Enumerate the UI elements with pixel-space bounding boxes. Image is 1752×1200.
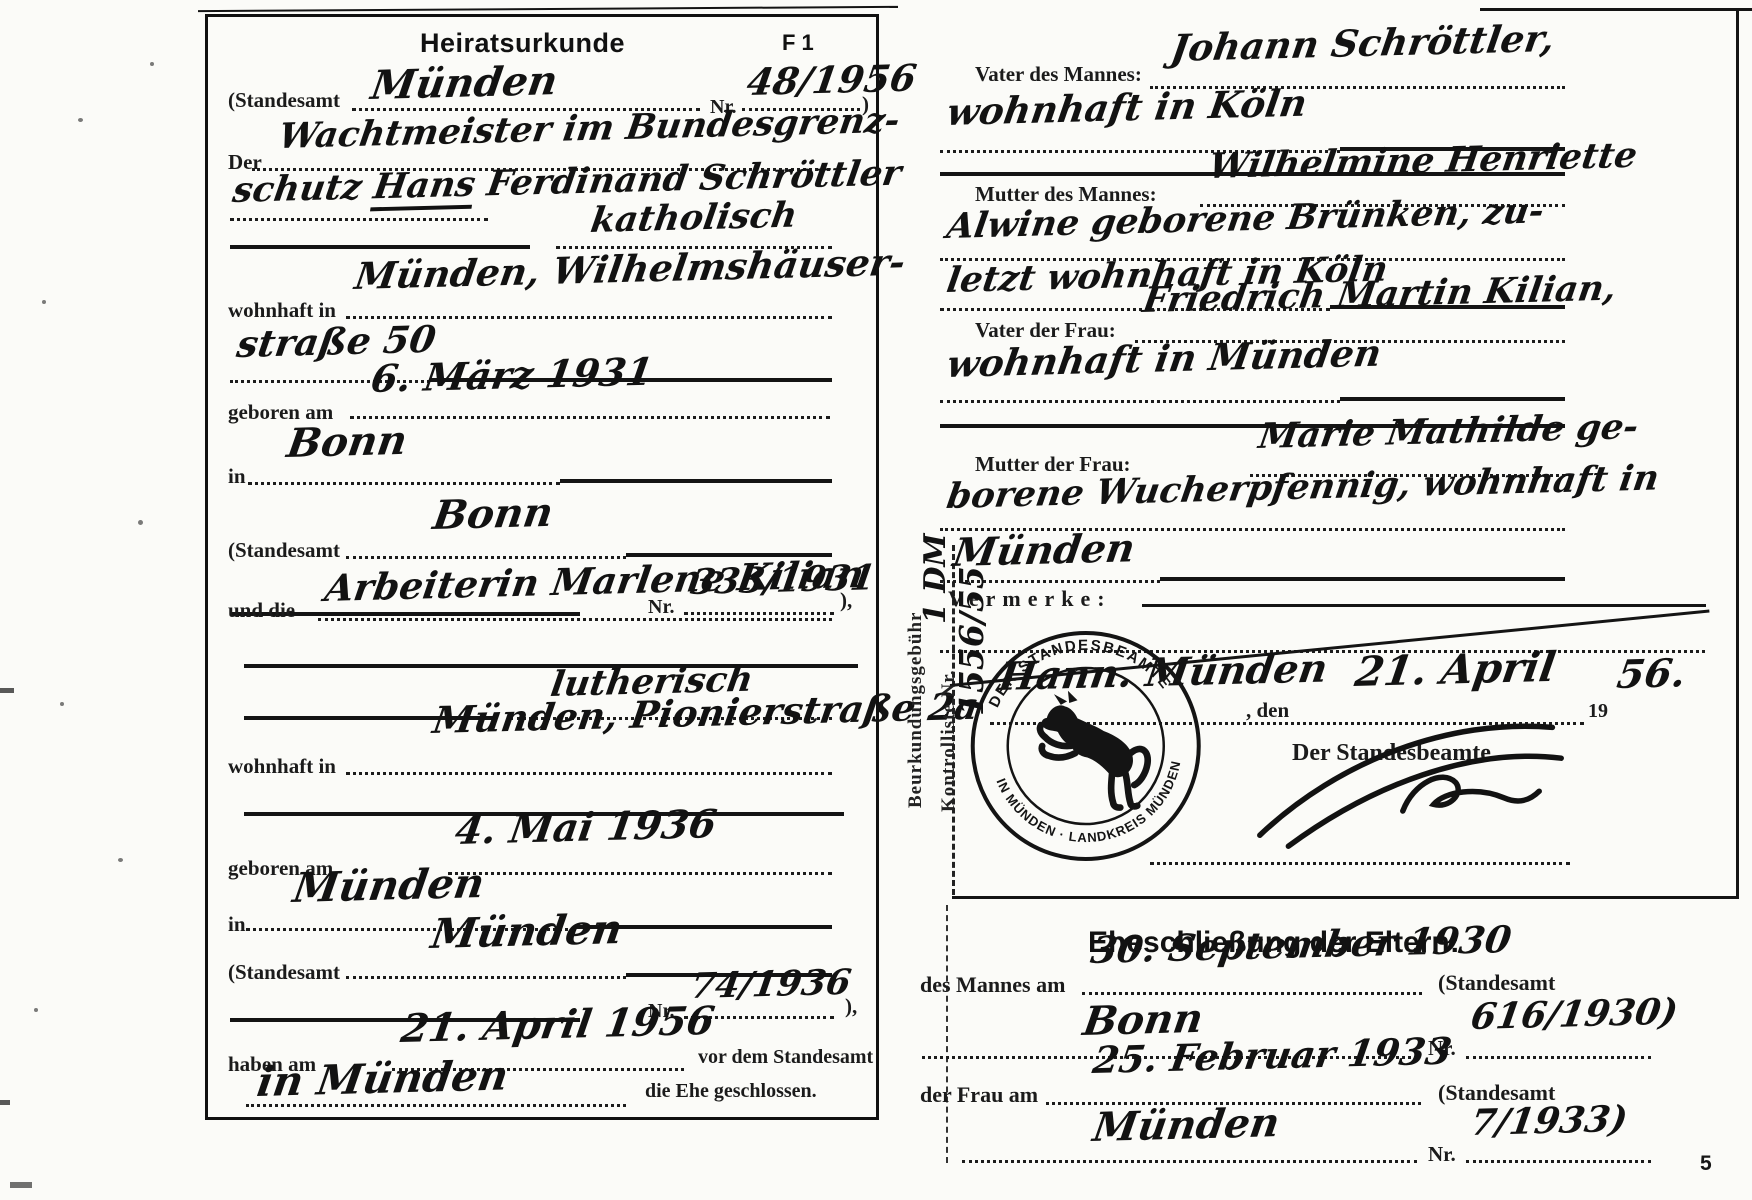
und-die-label: und die — [228, 598, 295, 623]
dotted-line — [448, 872, 832, 875]
year-entry: 56. — [1614, 650, 1689, 698]
marriage-date-entry: 21. April 1956 — [398, 998, 717, 1052]
scan-speckle — [78, 118, 83, 122]
standesamt-label: (Standesamt — [228, 88, 340, 113]
dotted-line — [248, 482, 560, 485]
standesamt-label: (Standesamt — [228, 538, 340, 563]
standesamt-label: (Standesamt — [228, 960, 340, 985]
struck-blank-line — [560, 479, 832, 483]
form-code: F 1 — [782, 30, 814, 56]
dotted-line — [318, 618, 832, 621]
scan-edge-mark — [0, 688, 14, 693]
vor-dem-standesamt-label: vor dem Standesamt — [698, 1046, 873, 1069]
standesamt-entry: Münden — [368, 57, 561, 109]
bride-registry-entry: Münden — [428, 905, 626, 958]
mannes-registry-nr-entry: 616/1930) — [1468, 991, 1681, 1038]
in-label: in — [228, 464, 246, 489]
bride-birthplace-entry: Münden — [290, 859, 488, 912]
official-seal-stamp: DER STANDESBEAMTE IN MÜNDEN · LANDKREIS … — [954, 614, 1218, 883]
dotted-line — [230, 218, 488, 221]
fee-label: Beurkundungsgebühr — [905, 612, 927, 808]
scan-speckle — [60, 702, 64, 706]
struck-blank-line — [244, 664, 858, 668]
dotted-line — [346, 976, 626, 979]
right-page-right-border — [1736, 10, 1739, 898]
vermerke-blank-line — [1142, 604, 1706, 607]
struck-blank-line — [230, 245, 530, 249]
frau-registry-entry: Münden — [1090, 1099, 1283, 1151]
ehe-geschlossen-label: die Ehe geschlossen. — [645, 1080, 817, 1103]
scan-speckle — [34, 1008, 38, 1012]
dotted-line — [1150, 862, 1570, 865]
dotted-line — [1466, 1160, 1651, 1163]
fee-entry: 1 DM — [918, 533, 953, 624]
scan-speckle — [150, 62, 154, 66]
right-page-bottom-rule — [952, 896, 1739, 899]
scan-edge-mark — [10, 1182, 32, 1188]
der-frau-am-label: der Frau am — [920, 1082, 1038, 1108]
dotted-line — [346, 772, 832, 775]
nr-label: Nr. — [1428, 1142, 1456, 1167]
fold-dash-line — [946, 905, 948, 1163]
saxon-steed-horse-icon — [1036, 683, 1152, 815]
dotted-line — [940, 400, 1340, 403]
bride-birthdate-entry: 4. Mai 1936 — [452, 801, 720, 854]
des-mannes-am-label: des Mannes am — [920, 972, 1065, 998]
right-page-top-edge — [1480, 8, 1752, 11]
mutter-mannes-entry-line1: Wilhelmine Henriette — [1206, 135, 1640, 187]
groom-birthdate-entry: 6. März 1931 — [368, 349, 656, 401]
struck-blank-line — [1160, 577, 1565, 581]
paren-close: ), — [845, 994, 857, 1019]
frau-marriage-date-entry: 25. Februar 1933 — [1090, 1029, 1455, 1082]
scan-edge-mark — [0, 1100, 10, 1105]
vater-mannes-label: Vater des Mannes: — [975, 62, 1142, 87]
struck-blank-line — [1340, 397, 1565, 401]
nr-entry: 48/1956 — [744, 56, 919, 104]
frau-registry-nr-entry: 7/1933) — [1468, 1098, 1630, 1144]
dotted-line — [962, 1160, 1417, 1163]
dotted-line — [1466, 1056, 1651, 1059]
scanned-marriage-certificate: Heiratsurkunde F 1 (Standesamt Münden Nr… — [0, 0, 1752, 1200]
mutter-frau-entry-line1: Marie Mathilde ge- — [1256, 406, 1641, 457]
groom-registry-entry: Bonn — [430, 489, 556, 539]
in-label: in — [228, 912, 246, 937]
groom-line2-pre: schutz — [230, 167, 365, 211]
page-number: 5 — [1700, 1152, 1712, 1176]
vater-mannes-residence-entry: wohnhaft in Köln — [944, 81, 1310, 134]
dotted-line — [684, 612, 834, 615]
vater-mannes-entry: Johann Schröttler, — [1168, 16, 1558, 70]
wohnhaft-label: wohnhaft in — [228, 754, 336, 779]
dotted-line — [350, 416, 830, 419]
groom-birthplace-entry: Bonn — [284, 417, 410, 467]
dotted-line — [1082, 992, 1422, 995]
groom-religion-entry: katholisch — [588, 195, 800, 241]
scan-speckle — [42, 300, 46, 304]
scan-speckle — [118, 858, 123, 862]
year-prefix-label: 19 — [1588, 700, 1608, 723]
scan-border-artifact — [198, 6, 898, 12]
standesamt-paren-label: (Standesamt — [1438, 970, 1555, 996]
certificate-title: Heiratsurkunde — [420, 28, 625, 59]
scan-speckle — [138, 520, 143, 525]
marriage-place-entry: in Münden — [254, 1051, 512, 1106]
dotted-line — [246, 1104, 626, 1107]
groom-first-name: Hans — [370, 164, 478, 212]
registrar-signature — [1240, 688, 1570, 868]
